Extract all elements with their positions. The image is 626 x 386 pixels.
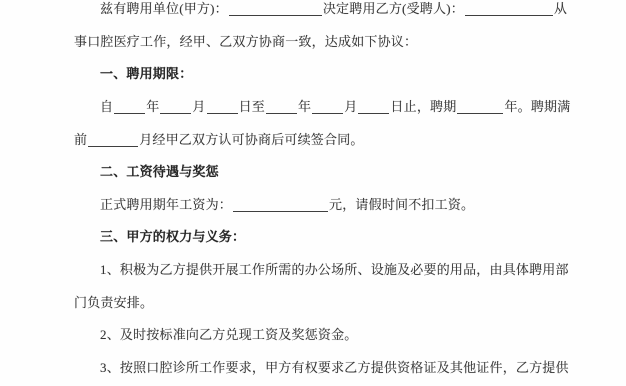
- doc-text: 年。聘期满: [504, 99, 570, 114]
- blank-underline: [465, 2, 553, 16]
- clause-1-line-1: 1、积极为乙方提供开展工作所需的办公场所、设施及必要的用品，由具体聘用部: [0, 254, 626, 287]
- blank-underline: [233, 198, 328, 212]
- doc-text: 1、积极为乙方提供开展工作所需的办公场所、设施及必要的用品，由具体聘用部: [100, 262, 569, 277]
- doc-text: 前: [74, 132, 87, 147]
- doc-text: 事口腔医疗工作，经甲、乙双方协商一致，达成如下协议：: [74, 34, 417, 49]
- document-body: 兹有聘用单位(甲方)：决定聘用乙方(受聘人)：从事口腔医疗工作，经甲、乙双方协商…: [0, 0, 626, 385]
- doc-text: 元，请假时间不扣工资。: [329, 197, 474, 212]
- doc-text: 一、聘用期限：: [100, 66, 192, 81]
- blank-underline: [358, 100, 389, 114]
- intro-line-1: 兹有聘用单位(甲方)：决定聘用乙方(受聘人)：从: [0, 0, 626, 26]
- doc-text: 2、及时按标准向乙方兑现工资及奖惩资金。: [100, 327, 358, 342]
- doc-text: 门负责安排。: [74, 295, 153, 310]
- doc-text: 从: [554, 1, 567, 16]
- contract-page: 兹有聘用单位(甲方)：决定聘用乙方(受聘人)：从事口腔医疗工作，经甲、乙双方协商…: [0, 0, 626, 386]
- doc-text: 兹有聘用单位(甲方)：: [100, 1, 228, 16]
- doc-text: 正式聘用期年工资为：: [100, 197, 232, 212]
- blank-underline: [457, 100, 503, 114]
- doc-text: 日至: [239, 99, 265, 114]
- blank-underline: [207, 100, 238, 114]
- blank-underline: [229, 2, 322, 16]
- doc-text: 年: [298, 99, 311, 114]
- doc-text: 月: [192, 99, 205, 114]
- blank-underline: [312, 100, 343, 114]
- term-line-1: 自年月日至年月日止，聘期年。聘期满: [0, 91, 626, 124]
- doc-text: 月: [344, 99, 357, 114]
- doc-text: 二、工资待遇与奖惩: [100, 164, 219, 179]
- doc-text: 日止，聘期: [390, 99, 456, 114]
- doc-text: 年: [146, 99, 159, 114]
- clause-1-line-2: 门负责安排。: [0, 287, 626, 320]
- doc-text: 决定聘用乙方(受聘人)：: [323, 1, 464, 16]
- section-2-heading: 二、工资待遇与奖惩: [0, 156, 626, 189]
- intro-line-2: 事口腔医疗工作，经甲、乙双方协商一致，达成如下协议：: [0, 26, 626, 59]
- clause-2: 2、及时按标准向乙方兑现工资及奖惩资金。: [0, 319, 626, 352]
- doc-text: 3、按照口腔诊所工作要求，甲方有权要求乙方提供资格证及其他证件，乙方提供: [100, 360, 569, 375]
- blank-underline: [114, 100, 145, 114]
- term-line-2: 前月经甲乙双方认可协商后可续签合同。: [0, 124, 626, 157]
- blank-underline: [88, 133, 138, 147]
- doc-text: 三、甲方的权力与义务：: [100, 229, 245, 244]
- section-1-heading: 一、聘用期限：: [0, 58, 626, 91]
- doc-text: 自: [100, 99, 113, 114]
- salary-line: 正式聘用期年工资为：元，请假时间不扣工资。: [0, 189, 626, 222]
- blank-underline: [160, 100, 191, 114]
- clause-3-line-1: 3、按照口腔诊所工作要求，甲方有权要求乙方提供资格证及其他证件，乙方提供: [0, 352, 626, 385]
- doc-text: 月经甲乙双方认可协商后可续签合同。: [139, 132, 363, 147]
- blank-underline: [266, 100, 297, 114]
- section-3-heading: 三、甲方的权力与义务：: [0, 221, 626, 254]
